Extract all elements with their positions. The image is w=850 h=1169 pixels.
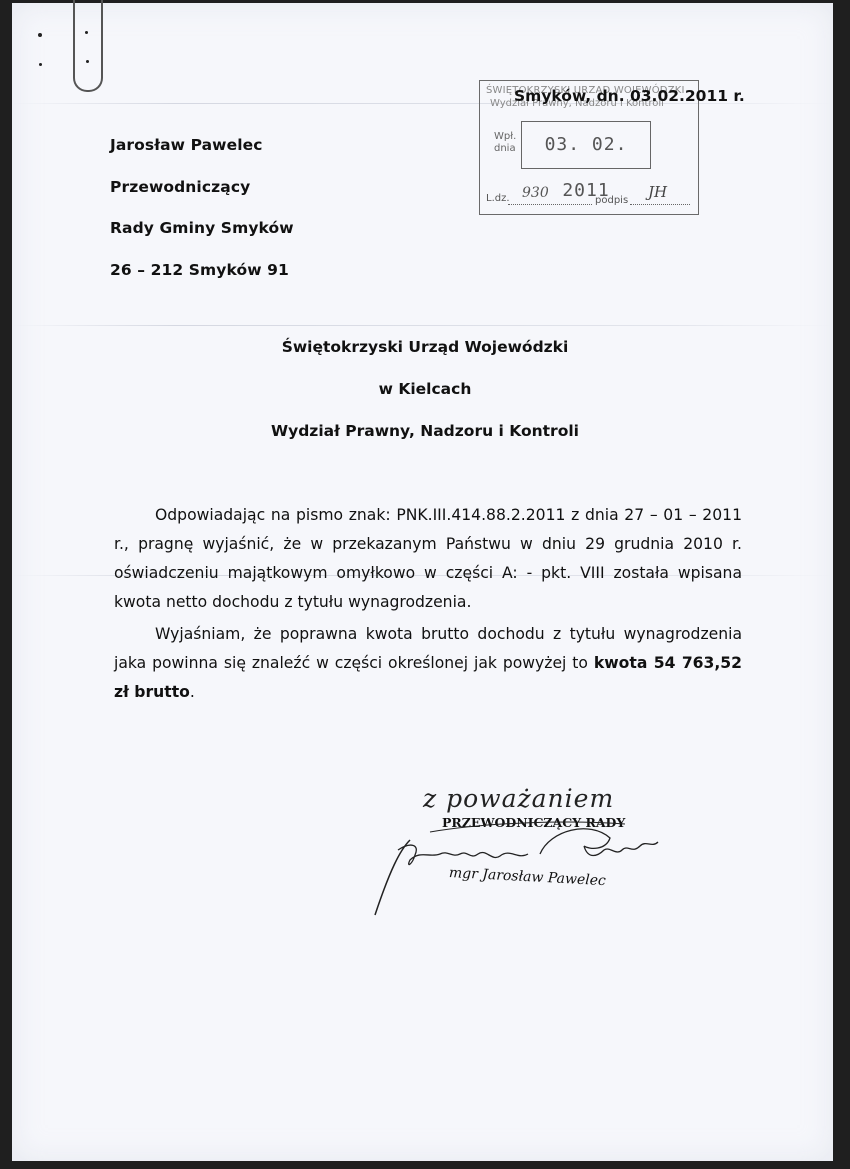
paragraph-2-text: Wyjaśniam, że poprawna kwota brutto doch… [114, 620, 742, 707]
sender-address: 26 – 212 Smyków 91 [110, 261, 289, 279]
recipient-line-1: Świętokrzyski Urząd Wojewódzki [0, 338, 850, 356]
stamp-received-label: Wpł. dnia [494, 131, 516, 155]
handwritten-signature-icon [370, 810, 670, 920]
stamp-ldz-label: L.dz. [486, 193, 510, 204]
punch-hole-mark [86, 60, 89, 63]
stamp-signature-label: podpis [595, 195, 628, 206]
stamp-wpl: Wpł. [494, 131, 516, 142]
paragraph-1-text: Odpowiadając na pismo znak: PNK.III.414.… [114, 501, 742, 617]
punch-hole-mark [39, 63, 42, 66]
body-paragraph-2: Wyjaśniam, że poprawna kwota brutto doch… [114, 620, 742, 707]
stamp-signature-value: JH [648, 183, 667, 201]
place-date: Smyków, dn. 03.02.2011 r. [514, 87, 745, 105]
stamp-signature-line [630, 204, 690, 205]
stamp-ldz-line [508, 204, 592, 205]
punch-hole-mark [85, 31, 88, 34]
fold-line [12, 325, 833, 326]
sender-organization: Rady Gminy Smyków [110, 219, 294, 237]
punch-hole-mark [38, 33, 42, 37]
paragraph-2-end: . [190, 683, 195, 701]
handwritten-closing: z poważaniem [423, 784, 614, 813]
stamp-ldz-value: 930 [522, 185, 549, 201]
sender-role: Przewodniczący [110, 178, 250, 196]
body-paragraph-1: Odpowiadając na pismo znak: PNK.III.414.… [114, 501, 742, 617]
stamp-received-date: 03. 02. 2011 [521, 121, 651, 169]
stamp-dnia: dnia [494, 143, 516, 154]
sender-name: Jarosław Pawelec [110, 136, 263, 154]
recipient-line-2: w Kielcach [0, 380, 850, 398]
recipient-line-3: Wydział Prawny, Nadzoru i Kontroli [0, 422, 850, 440]
paperclip-icon [73, 0, 103, 92]
